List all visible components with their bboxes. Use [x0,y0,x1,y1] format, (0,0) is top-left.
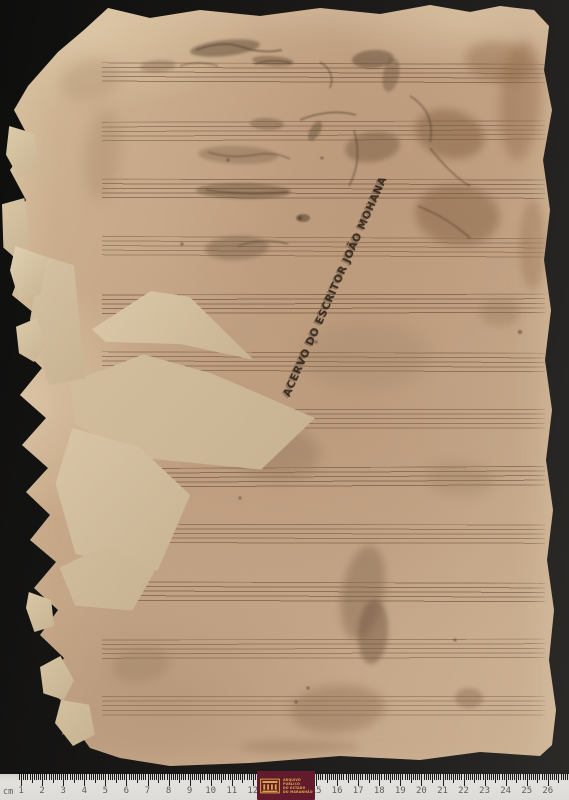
ruler-tick [379,774,380,786]
ruler-tick [185,774,186,780]
ruler-tick [438,774,439,780]
ruler-tick [219,774,220,780]
ruler-tick [354,774,355,780]
ruler-number: 20 [416,786,427,796]
ruler-number: 17 [353,786,364,796]
ruler-tick [337,774,338,786]
ruler-tick [103,774,104,780]
ruler-number: 24 [500,786,511,796]
ruler-tick [352,774,353,780]
ruler-tick [145,774,146,780]
ruler-tick [93,774,94,780]
ruler-number: 8 [166,786,171,796]
ruler-tick [158,774,159,783]
ruler-number: 23 [479,786,490,796]
ruler-tick [518,774,519,780]
ruler-number: 11 [226,786,237,796]
ruler-tick [525,774,526,780]
ruler-tick [504,774,505,780]
ruler-tick [42,774,43,786]
ruler-tick [213,774,214,780]
ruler-tick [424,774,425,780]
ruler-tick [533,774,534,780]
ruler-number: 21 [437,786,448,796]
ruler-tick [244,774,245,780]
ruler-tick [223,774,224,780]
ruler-tick [443,774,444,786]
ruler-tick [339,774,340,780]
ruler-tick [192,774,193,780]
ruler-tick [476,774,477,780]
ruler-tick [325,774,326,780]
ruler-tick [343,774,344,780]
ruler-tick [356,774,357,780]
ruler-tick [455,774,456,780]
ruler-tick [512,774,513,780]
ruler-tick [36,774,37,780]
ruler-tick [99,774,100,780]
ruler-tick [63,774,64,786]
ruler-tick [554,774,555,780]
ruler-tick [116,774,117,783]
ruler-tick [95,774,96,783]
ruler-tick [432,774,433,783]
archive-logo-text-line: do Maranhão [283,790,313,794]
stain [240,740,360,754]
stain [56,53,124,107]
building-icon [260,778,280,794]
ruler-tick [556,774,557,780]
ruler-tick [175,774,176,780]
ruler-tick [333,774,334,780]
ruler-number: 16 [332,786,343,796]
archive-logo-text: ArquivoPúblicodo Estadodo Maranhão [283,778,313,794]
ruler-tick [190,774,191,786]
ruler-tick [527,774,528,786]
ruler-tick [232,774,233,786]
ruler-tick [398,774,399,780]
ruler-tick [546,774,547,780]
ruler-tick [253,774,254,786]
ruler-tick [225,774,226,780]
archive-logo: ArquivoPúblicodo Estadodo Maranhão [257,771,315,800]
ruler-tick [215,774,216,780]
ruler-tick [194,774,195,780]
ruler-tick [346,774,347,780]
ruler-tick [428,774,429,780]
ruler-tick [209,774,210,780]
archival-scan-scene: ACERVO DO ESCRITOR JOÃO MOHANA cm 123456… [0,0,569,800]
ruler-tick [535,774,536,780]
ruler-tick [238,774,239,780]
ink-dot [518,330,522,334]
ruler-tick [122,774,123,780]
ruler-tick [487,774,488,780]
ruler-tick [234,774,235,780]
ruler-tick [451,774,452,780]
ink-dot [307,687,310,690]
ruler-tick [82,774,83,780]
ruler-tick [110,774,111,780]
ruler-tick [137,774,138,783]
ruler-tick [531,774,532,780]
ruler-tick [499,774,500,780]
ruler-tick [563,774,564,780]
ruler-tick [384,774,385,780]
ruler-number: 3 [60,786,65,796]
ruler-tick [162,774,163,780]
ruler-tick [249,774,250,780]
ruler-tick [105,774,106,786]
ruler-number: 25 [521,786,532,796]
ruler-tick [445,774,446,780]
ruler-tick [84,774,85,786]
ruler-tick [211,774,212,786]
ruler-number: 22 [458,786,469,796]
ruler-tick [421,774,422,786]
ruler-tick [470,774,471,780]
ruler-tick [464,774,465,786]
ruler-tick [74,774,75,783]
ruler-tick [55,774,56,780]
ink-mark [300,112,356,120]
ruler-tick [520,774,521,780]
ruler-tick [371,774,372,780]
ruler-tick [449,774,450,780]
ruler-tick [516,774,517,783]
ruler-tick [453,774,454,783]
ruler-tick [72,774,73,780]
ruler-tick [565,774,566,780]
ruler-tick [112,774,113,780]
ruler-tick [108,774,109,780]
ruler-tick [30,774,31,780]
ruler-tick [377,774,378,780]
ruler-tick [468,774,469,780]
ruler-tick [466,774,467,780]
ruler-tick [459,774,460,780]
ruler-unit-label: cm [3,787,13,797]
ruler-tick [86,774,87,780]
ruler-tick [375,774,376,780]
ruler-tick [40,774,41,780]
stain [288,682,386,737]
ruler-tick [413,774,414,780]
ruler-tick [402,774,403,780]
ruler-number: 5 [103,786,108,796]
ruler-tick [181,774,182,780]
ruler-tick [131,774,132,780]
ruler-tick [143,774,144,780]
ruler-number: 4 [82,786,87,796]
ink-dot [239,497,242,500]
ruler-tick [461,774,462,780]
ruler-tick [373,774,374,780]
ruler-number: 7 [145,786,150,796]
ruler-tick [426,774,427,780]
ruler-tick [53,774,54,783]
stain [455,688,483,708]
ruler-tick [44,774,45,780]
ruler-tick [76,774,77,780]
ruler-tick [329,774,330,780]
ruler-tick [23,774,24,780]
ruler-tick [348,774,349,783]
ruler-tick [529,774,530,780]
ruler-tick [152,774,153,780]
ruler-tick [405,774,406,780]
ruler-tick [508,774,509,780]
ruler-tick [124,774,125,780]
ruler-tick [548,774,549,786]
ruler-tick [169,774,170,786]
ruler-tick [409,774,410,780]
ruler-tick [327,774,328,783]
ruler-tick [21,774,22,786]
ruler-tick [335,774,336,780]
ruler-tick [381,774,382,780]
ruler-tick [491,774,492,780]
ruler-tick [19,774,20,780]
music-staff [102,581,545,603]
ruler-tick [331,774,332,780]
ruler-tick [411,774,412,783]
ruler-number: 1 [18,786,23,796]
ruler-tick [202,774,203,780]
ruler-tick [417,774,418,780]
ruler-tick [173,774,174,780]
ruler-tick [255,774,256,780]
ruler-number: 6 [124,786,129,796]
ruler-tick [114,774,115,780]
ruler-tick [388,774,389,780]
ruler-tick [34,774,35,780]
ruler-tick [436,774,437,780]
ruler-tick [392,774,393,780]
ruler-number: 26 [542,786,553,796]
ruler-number: 2 [39,786,44,796]
ruler-tick [67,774,68,780]
ruler-tick [150,774,151,780]
ruler-tick [91,774,92,780]
ruler-number: 10 [205,786,216,796]
ruler-tick [247,774,248,780]
ruler-tick [542,774,543,780]
ruler-tick [478,774,479,780]
ruler-number: 18 [374,786,385,796]
ruler-tick [390,774,391,783]
ruler-tick [179,774,180,783]
ruler-tick [228,774,229,780]
ruler-tick [51,774,52,780]
ruler-tick [386,774,387,780]
ruler-tick [318,774,319,780]
ruler-tick [230,774,231,780]
ruler-tick [188,774,189,780]
ruler-tick [70,774,71,780]
stain [198,145,279,166]
ruler-tick [200,774,201,783]
ruler-tick [407,774,408,780]
ruler-tick [57,774,58,780]
ruler-tick [160,774,161,780]
ruler-tick [25,774,26,780]
ruler-tick [341,774,342,780]
ruler-tick [360,774,361,780]
ruler-tick [400,774,401,786]
ruler-tick [350,774,351,780]
ruler-tick [396,774,397,780]
ruler-tick [196,774,197,780]
ruler-tick [480,774,481,780]
ruler-tick [561,774,562,780]
ruler-tick [358,774,359,786]
ruler-tick [550,774,551,780]
ruler-tick [164,774,165,780]
ruler-tick [133,774,134,780]
ruler-tick [394,774,395,780]
ruler-tick [78,774,79,780]
ruler-tick [322,774,323,780]
ruler-tick [198,774,199,780]
ruler-tick [126,774,127,786]
ruler-tick [539,774,540,780]
ruler-tick [27,774,28,780]
ruler-number: 19 [395,786,406,796]
ruler-tick [120,774,121,780]
ruler-tick [506,774,507,786]
ruler-tick [523,774,524,780]
ruler-tick [236,774,237,780]
ruler-tick [118,774,119,780]
ruler-tick [251,774,252,780]
ruler-tick [434,774,435,780]
ruler-tick [495,774,496,783]
ruler-tick [49,774,50,780]
ruler-tick [558,774,559,783]
ruler-tick [430,774,431,780]
ruler-tick [167,774,168,780]
ruler-tick [217,774,218,780]
ruler-tick [502,774,503,780]
ruler-tick [61,774,62,780]
ruler-tick [240,774,241,780]
ruler-tick [514,774,515,780]
ruler-tick [46,774,47,780]
ruler-tick [537,774,538,783]
ruler-tick [135,774,136,780]
stain [520,200,546,290]
measurement-ruler: cm 1234567891011121314151617181920212223… [0,774,569,800]
ruler-tick [367,774,368,780]
ruler-tick [447,774,448,780]
ruler-tick [221,774,222,783]
ruler-tick [65,774,66,780]
ruler-number: 9 [187,786,192,796]
ruler-tick [493,774,494,780]
stain [480,300,520,326]
ruler-tick [489,774,490,780]
ruler-tick [440,774,441,780]
ruler-tick [365,774,366,780]
ruler-tick [483,774,484,780]
ruler-tick [552,774,553,780]
ruler-tick [80,774,81,780]
ruler-tick [101,774,102,780]
ruler-tick [204,774,205,780]
ruler-tick [316,774,317,786]
ruler-tick [457,774,458,780]
stain [189,36,260,59]
ruler-tick [171,774,172,780]
ruler-tick [156,774,157,780]
ruler-tick [129,774,130,780]
ruler-tick [141,774,142,780]
ruler-tick [544,774,545,780]
ruler-tick [139,774,140,780]
ruler-tick [177,774,178,780]
ruler-tick [38,774,39,780]
stain [410,102,490,166]
ruler-tick [207,774,208,780]
ruler-tick [415,774,416,780]
ruler-tick [154,774,155,780]
ink-dot [321,157,324,160]
ruler-tick [497,774,498,780]
ruler-tick [148,774,149,786]
ruler-tick [242,774,243,783]
ruler-tick [59,774,60,780]
ruler-tick [567,774,568,780]
ruler-tick [89,774,90,780]
ruler-tick [320,774,321,780]
ruler-tick [472,774,473,780]
ruler-tick [362,774,363,780]
ruler-tick [369,774,370,783]
ruler-tick [485,774,486,786]
ruler-tick [97,774,98,780]
ruler-tick [419,774,420,780]
ruler-tick [510,774,511,780]
ruler-tick [32,774,33,783]
ruler-tick [474,774,475,783]
ruler-tick [183,774,184,780]
stain [296,214,310,222]
